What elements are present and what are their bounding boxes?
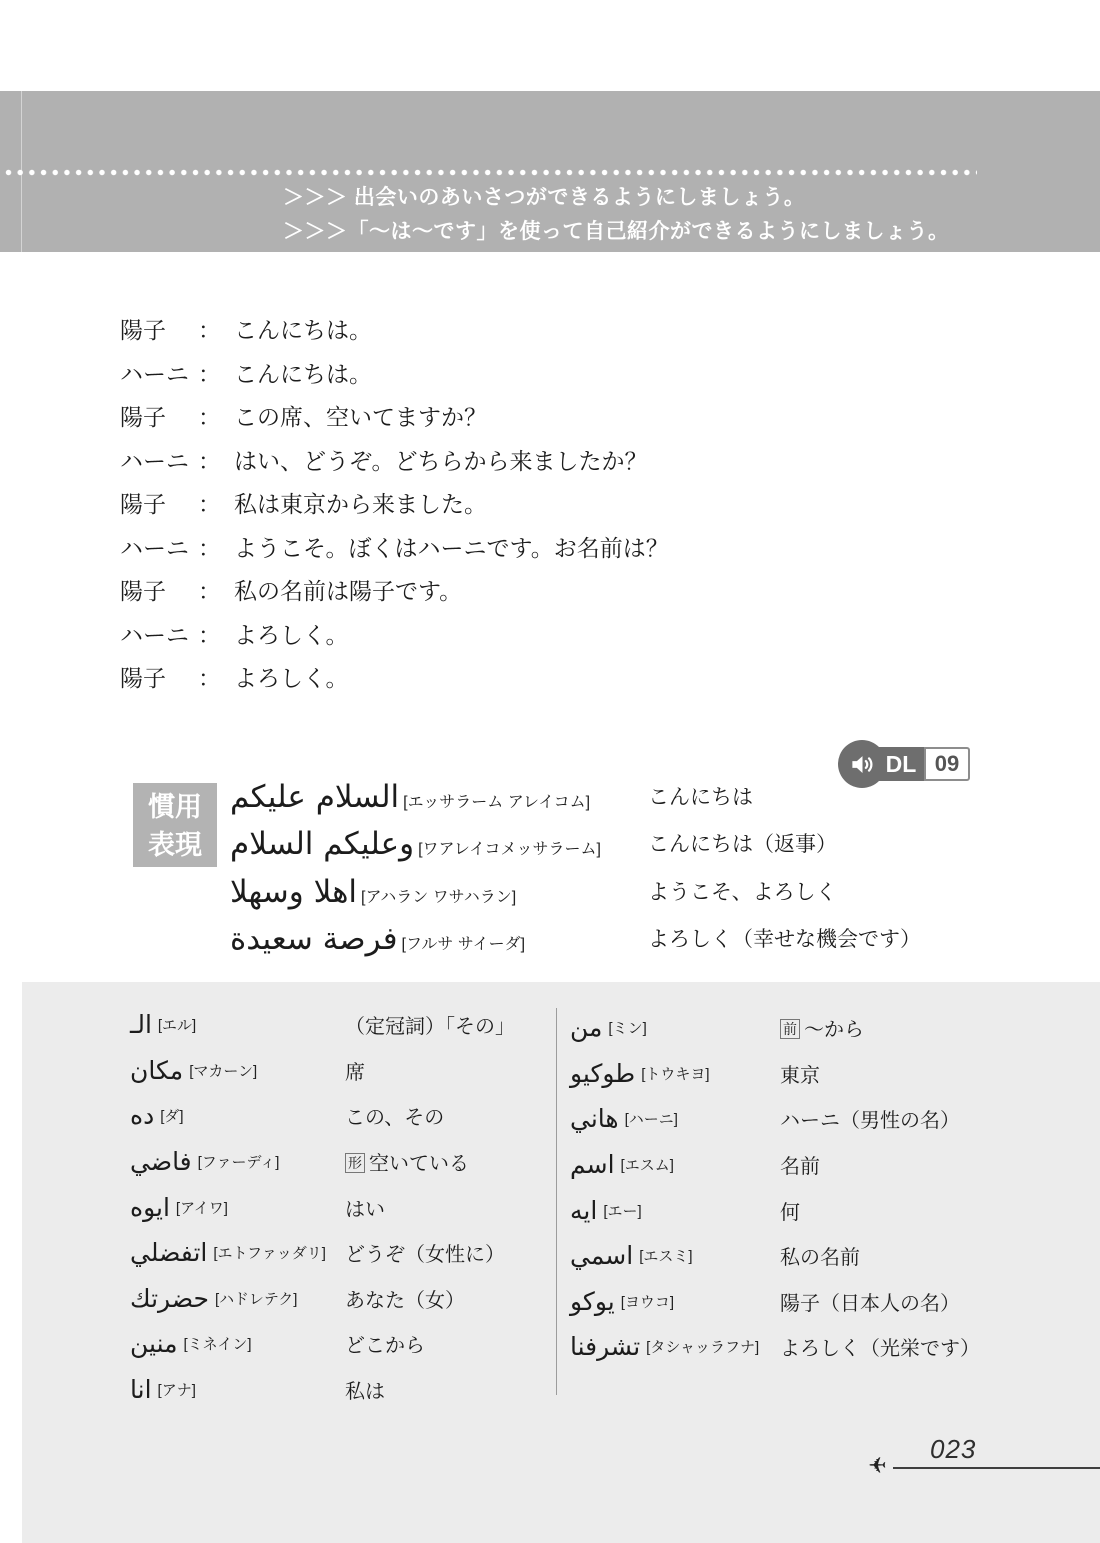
japanese-meaning: よろしく（幸せな機会です） [648,916,921,963]
goal-line-1: ＞＞＞ 出会いのあいさつができるようにしましょう。 [283,181,950,215]
arabic-phrase: فرصة سعيدة [230,921,398,957]
vocab-entry: مكان[マカーン] 席 [130,1048,515,1094]
dialogue-colon: ： [198,530,221,563]
vocab-entry: منين[ミネイン] どこから [130,1321,515,1367]
vocab-entry: تشرفنا[タシャッラフナ] よろしく（光栄です） [570,1324,980,1370]
arabic-word: حضرتك [130,1284,209,1313]
vocab-entry: فاضي[ファーディ] 形空いている [130,1139,515,1185]
japanese-meaning: 何 [780,1196,800,1225]
katakana-reading: [ヨウコ] [621,1291,674,1312]
dialogue-text: よろしく。 [234,660,349,693]
dialogue-line: 陽子：この席、空いてますか？ [120,399,669,423]
japanese-meaning: 形空いている [345,1147,469,1176]
pos-marker: 前 [780,1019,800,1039]
katakana-reading: [ファーディ] [198,1151,280,1172]
dialogue-colon: ： [198,312,221,345]
katakana-reading: [エル] [158,1014,196,1035]
japanese-meaning: 私の名前 [780,1241,860,1270]
dialogue-text: 私は東京から来ました。 [234,486,487,519]
vocab-entry: ايه[エー] 何 [570,1187,980,1233]
speaker-name: ハーニ [120,443,198,476]
dialogue-line: 陽子：私は東京から来ました。 [120,486,669,510]
page-number: 023 [930,1434,976,1465]
katakana-reading: [エスム] [621,1154,674,1175]
japanese-meaning: どうぞ（女性に） [345,1238,505,1267]
arabic-word: تشرفنا [570,1332,640,1361]
dialogue-text: よろしく。 [234,617,349,650]
japanese-meaning: ハーニ（男性の名） [780,1104,960,1133]
japanese-meaning: よろしく（光栄です） [780,1332,980,1361]
idiom-row: اهلا وسهلا[アハラン ワサハラン] ようこそ、よろしく [230,869,1100,916]
arabic-phrase: اهلا وسهلا [230,874,357,910]
arabic-phrase: السلام عليكم [230,779,399,815]
dialogue-text: この席、空いてますか？ [234,399,487,432]
dialogue-colon: ： [198,486,221,519]
footer-rule [893,1467,1100,1469]
katakana-reading: [ダ] [160,1105,183,1126]
goal-line-2: ＞＞＞「〜は〜です」を使って自己紹介ができるようにしましょう。 [283,215,950,249]
speaker-name: 陽子 [120,399,198,432]
arabic-phrase: وعليكم السلام [230,826,414,862]
dialogue-colon: ： [198,573,221,606]
dialogue-line: ハーニ：ようこそ。ぼくはハーニです。お名前は？ [120,530,669,554]
japanese-meaning: 東京 [780,1059,820,1088]
vocab-entry: الـ[エル] （定冠詞）「その」 [130,1002,515,1048]
katakana-reading: [ハドレテク] [215,1288,297,1309]
arabic-word: منين [130,1329,178,1358]
pos-marker: 形 [345,1153,365,1173]
lesson-goals: ＞＞＞ 出会いのあいさつができるようにしましょう。 ＞＞＞「〜は〜です」を使って… [283,181,950,249]
speaker-name: ハーニ [120,530,198,563]
dialogue-text: こんにちは。 [234,356,372,389]
japanese-meaning: 名前 [780,1150,820,1179]
katakana-reading: [トウキヨ] [641,1063,709,1084]
dialogue-colon: ： [198,617,221,650]
dialogue-line: 陽子：こんにちは。 [120,312,669,336]
arabic-word: اسمي [570,1241,633,1270]
vocab-entry: حضرتك[ハドレテク] あなた（女） [130,1276,515,1322]
dialogue-line: 陽子：私の名前は陽子です。 [120,573,669,597]
katakana-reading: [マカーン] [189,1060,257,1081]
arabic-word: فاضي [130,1147,192,1176]
vocab-column-right: من[ミン] 前〜から طوكيو[トウキヨ] 東京 هاني[ハーニ] ハーニ… [570,1005,980,1370]
dialogue-text: こんにちは。 [234,312,372,345]
katakana-reading: [フルサ サイーダ] [402,936,526,953]
arabic-word: من [570,1013,602,1042]
idiom-row: وعليكم السلام[ワアレイコメッサラーム] こんにちは（返事） [230,821,1100,868]
dialogue-colon: ： [198,443,221,476]
katakana-reading: [アナ] [158,1379,196,1400]
idiom-section-label: 慣用 表現 [133,783,217,867]
dialogue-block: 陽子：こんにちは。 ハーニ：こんにちは。 陽子：この席、空いてますか？ ハーニ：… [120,312,669,704]
japanese-meaning: 陽子（日本人の名） [780,1287,960,1316]
dialogue-colon: ： [198,660,221,693]
japanese-meaning: 前〜から [780,1013,864,1042]
dialogue-line: 陽子：よろしく。 [120,660,669,684]
vocab-entry: طوكيو[トウキヨ] 東京 [570,1051,980,1097]
dialogue-colon: ： [198,356,221,389]
arabic-word: الـ [130,1010,152,1039]
idiom-row: السلام عليكم[エッサラーム アレイコム] こんにちは [230,774,1100,821]
katakana-reading: [エッサラーム アレイコム] [403,794,590,811]
arabic-word: اسم [570,1150,615,1179]
arabic-word: ده [130,1101,154,1130]
arabic-word: يوكو [570,1287,615,1316]
speaker-name: 陽子 [120,486,198,519]
vocab-entry: اسم[エスム] 名前 [570,1142,980,1188]
arabic-word: هاني [570,1104,619,1133]
vocab-entry: انا[アナ] 私は [130,1367,515,1413]
idiom-row: فرصة سعيدة[フルサ サイーダ] よろしく（幸せな機会です） [230,916,1100,963]
dialogue-line: ハーニ：よろしく。 [120,617,669,641]
dialogue-colon: ： [198,399,221,432]
arabic-word: انا [130,1375,152,1404]
japanese-meaning: あなた（女） [345,1284,465,1313]
dotted-separator [5,169,977,176]
katakana-reading: [エトファッダリ] [213,1242,326,1263]
japanese-meaning: 席 [345,1056,365,1085]
japanese-meaning: こんにちは（返事） [648,821,837,868]
katakana-reading: [エー] [603,1200,641,1221]
dialogue-text: 私の名前は陽子です。 [234,573,462,606]
vocab-entry: ايوه[アイワ] はい [130,1184,515,1230]
arabic-word: مكان [130,1056,183,1085]
arabic-word: اتفضلي [130,1238,207,1267]
katakana-reading: [ハーニ] [625,1108,678,1129]
katakana-reading: [アイワ] [176,1197,228,1218]
dialogue-text: はい、どうぞ。どちらから来ましたか？ [234,443,648,476]
japanese-meaning: こんにちは [648,774,753,821]
dialogue-line: ハーニ：こんにちは。 [120,356,669,380]
vocab-entry: اتفضلي[エトファッダリ] どうぞ（女性に） [130,1230,515,1276]
arabic-word: ايوه [130,1193,170,1222]
idiom-list: السلام عليكم[エッサラーム アレイコム] こんにちは وعليكم … [230,774,1100,964]
vocab-entry: اسمي[エスミ] 私の名前 [570,1233,980,1279]
airplane-icon: ✈ [868,1454,886,1479]
speaker-name: ハーニ [120,617,198,650]
speaker-name: ハーニ [120,356,198,389]
katakana-reading: [アハラン ワサハラン] [361,889,516,906]
speaker-name: 陽子 [120,573,198,606]
textbook-page: ＞＞＞ 出会いのあいさつができるようにしましょう。 ＞＞＞「〜は〜です」を使って… [0,0,1100,1543]
arabic-word: ايه [570,1196,597,1225]
katakana-reading: [エスミ] [639,1245,692,1266]
vocab-entry: ده[ダ] この、その [130,1093,515,1139]
japanese-meaning: ようこそ、よろしく [648,869,837,916]
japanese-meaning: この、その [345,1101,444,1130]
katakana-reading: [ミネイン] [184,1333,252,1354]
column-divider [556,1008,557,1395]
dialogue-line: ハーニ：はい、どうぞ。どちらから来ましたか？ [120,443,669,467]
vocab-column-left: الـ[エル] （定冠詞）「その」 مكان[マカーン] 席 ده[ダ] この、… [130,1002,515,1412]
vocab-entry: يوكو[ヨウコ] 陽子（日本人の名） [570,1279,980,1325]
japanese-meaning: （定冠詞）「その」 [345,1010,515,1039]
arabic-word: طوكيو [570,1059,635,1088]
katakana-reading: [ワアレイコメッサラーム] [418,841,601,858]
japanese-meaning: 私は [345,1375,385,1404]
vocab-entry: من[ミン] 前〜から [570,1005,980,1051]
katakana-reading: [ミン] [608,1017,646,1038]
japanese-meaning: はい [345,1193,385,1222]
speaker-name: 陽子 [120,660,198,693]
japanese-meaning: どこから [345,1329,425,1358]
speaker-name: 陽子 [120,312,198,345]
lesson-goals-band: ＞＞＞ 出会いのあいさつができるようにしましょう。 ＞＞＞「〜は〜です」を使って… [0,91,1100,252]
dialogue-text: ようこそ。ぼくはハーニです。お名前は？ [234,530,669,563]
vocab-entry: هاني[ハーニ] ハーニ（男性の名） [570,1096,980,1142]
katakana-reading: [タシャッラフナ] [646,1336,759,1357]
